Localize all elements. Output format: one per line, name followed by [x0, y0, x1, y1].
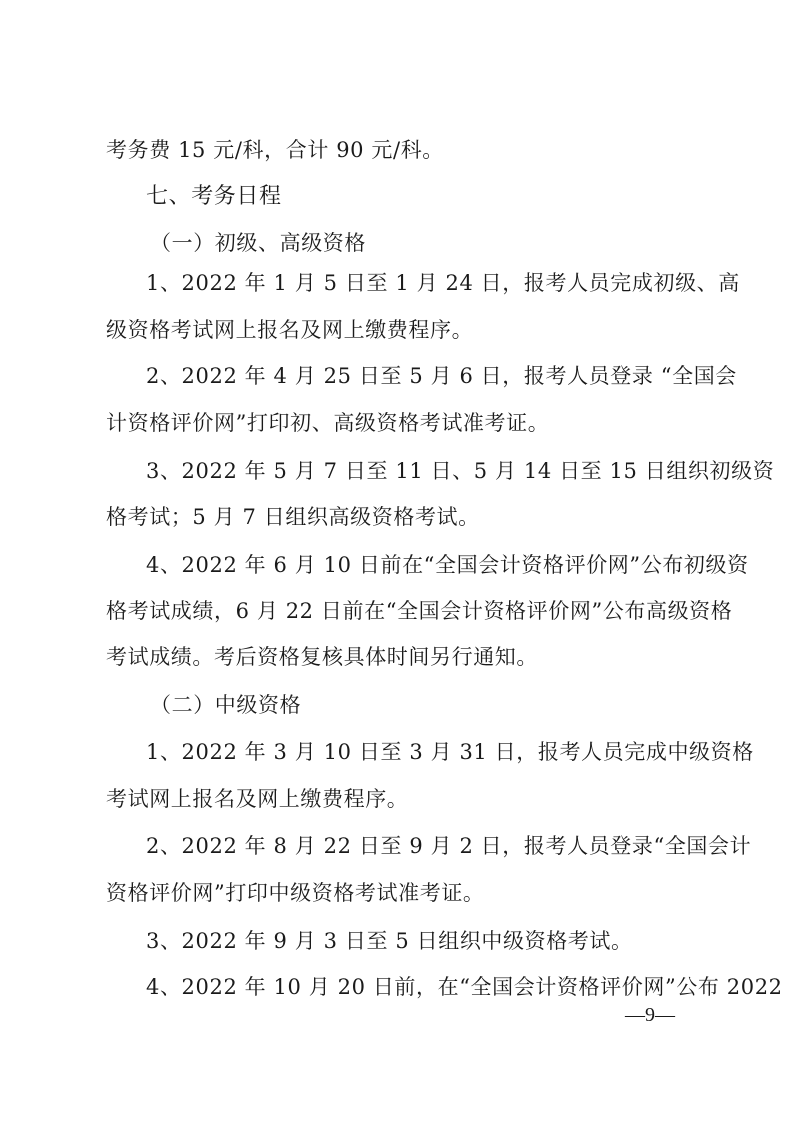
paragraph-line-exam-fee: 考务费 15 元/科，合计 90 元/科。 — [106, 136, 696, 164]
subheading-intermediate: （二）中级资格 — [150, 691, 740, 719]
paragraph-line: 4、2022 年 6 月 10 日前在“全国会计资格评价网”公布初级资 — [146, 551, 696, 579]
paragraph-line: 1、2022 年 3 月 10 日至 3 月 31 日，报考人员完成中级资格 — [146, 738, 696, 766]
paragraph-line: 2、2022 年 8 月 22 日至 9 月 2 日，报考人员登录“全国会计 — [146, 832, 696, 860]
paragraph-line: 考试成绩。考后资格复核具体时间另行通知。 — [106, 643, 696, 671]
paragraph-line: 格考试；5 月 7 日组织高级资格考试。 — [106, 503, 696, 531]
section-heading-exam-schedule: 七、考务日程 — [146, 183, 696, 211]
paragraph-line: 计资格评价网”打印初、高级资格考试准考证。 — [106, 409, 696, 437]
paragraph-line: 3、2022 年 5 月 7 日至 11 日、5 月 14 日至 15 日组织初… — [146, 457, 696, 485]
page-number: —9— — [625, 1003, 675, 1027]
paragraph-line: 考试网上报名及网上缴费程序。 — [106, 785, 696, 813]
paragraph-line: 1、2022 年 1 月 5 日至 1 月 24 日，报考人员完成初级、高 — [146, 269, 696, 297]
paragraph-line: 资格评价网”打印中级资格考试准考证。 — [106, 879, 696, 907]
paragraph-line: 3、2022 年 9 月 3 日至 5 日组织中级资格考试。 — [146, 927, 696, 955]
document-page: 考务费 15 元/科，合计 90 元/科。 七、考务日程 （一）初级、高级资格 … — [0, 0, 800, 1134]
paragraph-line: 2、2022 年 4 月 25 日至 5 月 6 日，报考人员登录 “全国会 — [146, 362, 696, 390]
paragraph-line: 4、2022 年 10 月 20 日前，在“全国会计资格评价网”公布 2022 — [146, 973, 696, 1001]
subheading-junior-senior: （一）初级、高级资格 — [150, 229, 740, 257]
paragraph-line: 格考试成绩，6 月 22 日前在“全国会计资格评价网”公布高级资格 — [106, 597, 696, 625]
paragraph-line: 级资格考试网上报名及网上缴费程序。 — [106, 316, 696, 344]
